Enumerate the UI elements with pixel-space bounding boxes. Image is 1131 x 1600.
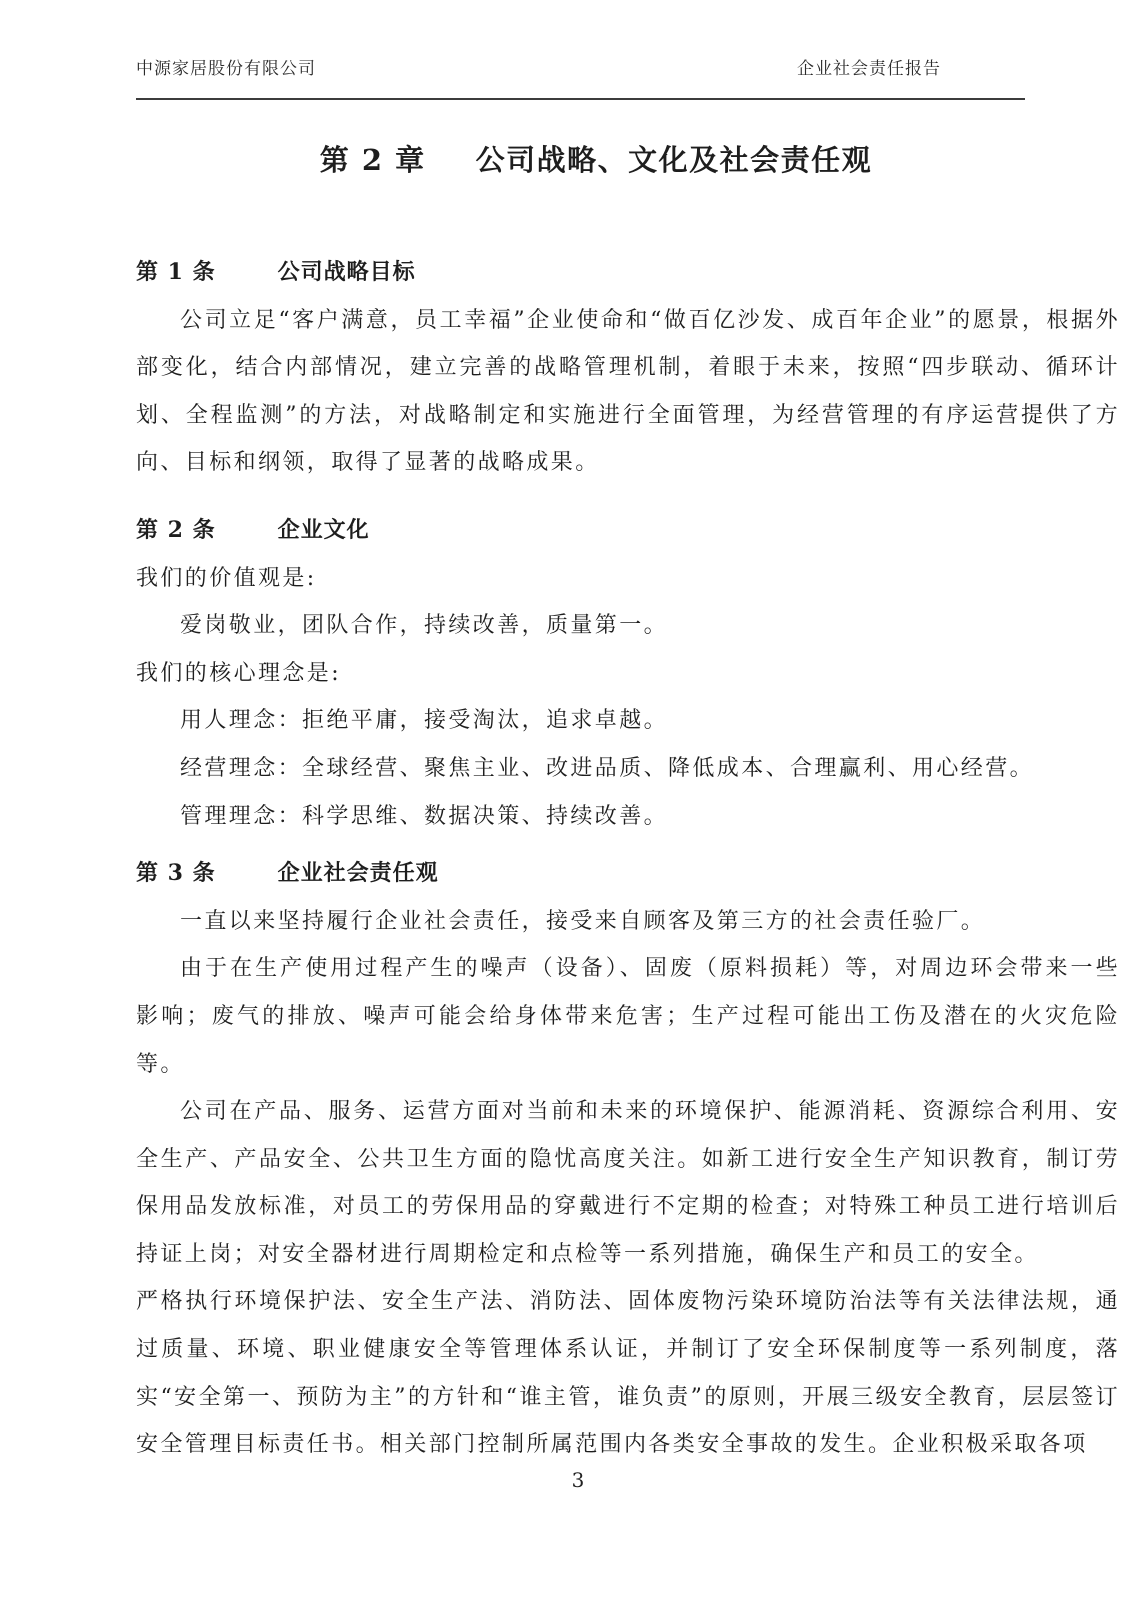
section-title: 企业社会责任观 [278, 860, 439, 886]
paragraph: 管理理念：科学思维、数据决策、持续改善。 [136, 793, 1120, 841]
section-heading: 第 2 条企业文化 [136, 507, 1120, 555]
section-2: 第 2 条企业文化我们的价值观是:爱岗敬业，团队合作，持续改善，质量第一。我们的… [136, 507, 1120, 840]
paragraph: 经营理念：全球经营、聚焦主业、改进品质、降低成本、合理赢利、用心经营。 [136, 745, 1120, 793]
paragraph: 公司在产品、服务、运营方面对当前和未来的环境保护、能源消耗、资源综合利用、安全生… [136, 1088, 1120, 1278]
section-number: 第 3 条 [136, 850, 216, 898]
header-company-name: 中源家居股份有限公司 [136, 57, 316, 81]
section-number: 第 2 条 [136, 507, 216, 555]
paragraph: 公司立足“客户满意，员工幸福”企业使命和“做百亿沙发、成百年企业”的愿景，根据外… [136, 297, 1120, 487]
page-header: 中源家居股份有限公司 企业社会责任报告 [136, 57, 1025, 81]
page-number: 3 [572, 1468, 585, 1492]
chapter-heading-text: 公司战略、文化及社会责任观 [476, 143, 873, 177]
paragraph: 由于在生产使用过程产生的噪声（设备）、固废（原料损耗）等，对周边环会带来一些影响… [136, 945, 1120, 1088]
document-page: 中源家居股份有限公司 企业社会责任报告 第 2 章公司战略、文化及社会责任观 第… [0, 0, 1131, 1600]
section-number: 第 1 条 [136, 249, 216, 297]
section-title: 企业文化 [278, 517, 370, 543]
page-footer: 3 [136, 1468, 1020, 1492]
paragraph: 一直以来坚持履行企业社会责任，接受来自顾客及第三方的社会责任验厂。 [136, 898, 1120, 946]
section-1: 第 1 条公司战略目标公司立足“客户满意，员工幸福”企业使命和“做百亿沙发、成百… [136, 249, 1120, 487]
section-title: 公司战略目标 [278, 259, 416, 285]
document-body: 第 1 条公司战略目标公司立足“客户满意，员工幸福”企业使命和“做百亿沙发、成百… [136, 249, 1120, 1469]
header-rule [136, 98, 1025, 100]
paragraph: 严格执行环境保护法、安全生产法、消防法、固体废物污染环境防治法等有关法律法规，通… [136, 1278, 1120, 1468]
paragraph: 爱岗敬业，团队合作，持续改善，质量第一。 [136, 602, 1120, 650]
section-heading: 第 1 条公司战略目标 [136, 249, 1120, 297]
section-3: 第 3 条企业社会责任观一直以来坚持履行企业社会责任，接受来自顾客及第三方的社会… [136, 850, 1120, 1469]
chapter-number: 第 2 章 [320, 143, 426, 177]
paragraph: 用人理念：拒绝平庸，接受淘汰，追求卓越。 [136, 697, 1120, 745]
paragraph: 我们的价值观是: [136, 555, 1120, 603]
paragraph: 我们的核心理念是: [136, 650, 1120, 698]
header-report-title: 企业社会责任报告 [797, 57, 1025, 81]
chapter-title: 第 2 章公司战略、文化及社会责任观 [136, 136, 1056, 184]
section-heading: 第 3 条企业社会责任观 [136, 850, 1120, 898]
